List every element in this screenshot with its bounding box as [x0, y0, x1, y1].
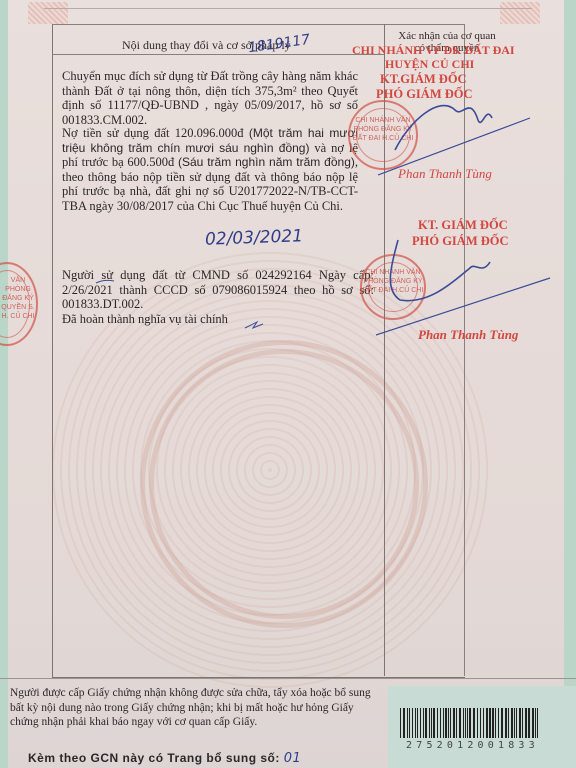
- barcode-number: 2752012001833: [406, 740, 539, 751]
- barcode-bar: [433, 708, 435, 738]
- barcode: [400, 708, 560, 738]
- barcode-bar: [514, 708, 515, 738]
- barcode-bar: [508, 708, 509, 738]
- barcode-bar: [495, 708, 496, 738]
- barcode-bar: [400, 708, 401, 738]
- barcode-bar: [477, 708, 478, 738]
- barcode-bar: [407, 708, 408, 738]
- page-bottom-edge: [0, 678, 576, 679]
- barcode-bar: [443, 708, 444, 738]
- footer-notice: Người được cấp Giấy chứng nhận không đượ…: [10, 686, 385, 730]
- supplement-label: Kèm theo GCN này có Trang bổ sung số:: [28, 751, 280, 765]
- barcode-bar: [501, 708, 503, 738]
- barcode-bar: [445, 708, 447, 738]
- barcode-bar: [429, 708, 430, 738]
- barcode-bar: [511, 708, 513, 738]
- barcode-bar: [522, 708, 523, 738]
- barcode-bar: [409, 708, 410, 738]
- barcode-bar: [480, 708, 481, 738]
- barcode-area: 2752012001833: [388, 686, 576, 768]
- barcode-bar: [489, 708, 491, 738]
- barcode-bar: [448, 708, 449, 738]
- barcode-bar: [415, 708, 416, 738]
- barcode-bar: [431, 708, 432, 738]
- barcode-bar: [473, 708, 475, 738]
- barcode-bar: [403, 708, 405, 738]
- barcode-bar: [532, 708, 534, 738]
- barcode-bar: [516, 708, 517, 738]
- barcode-bar: [417, 708, 418, 738]
- barcode-bar: [492, 708, 494, 738]
- barcode-bar: [437, 708, 438, 738]
- barcode-bar: [525, 708, 527, 738]
- barcode-bar: [486, 708, 488, 738]
- barcode-bar: [465, 708, 466, 738]
- barcode-bar: [459, 708, 461, 738]
- signature-strokes: [0, 0, 576, 768]
- barcode-bar: [420, 708, 421, 738]
- barcode-bar: [483, 708, 484, 738]
- supplement-number: 01: [284, 751, 302, 766]
- barcode-bar: [463, 708, 464, 738]
- barcode-bar: [498, 708, 499, 738]
- barcode-bar: [535, 708, 536, 738]
- barcode-bar: [412, 708, 413, 738]
- barcode-bar: [440, 708, 441, 738]
- barcode-bar: [537, 708, 538, 738]
- barcode-bar: [528, 708, 530, 738]
- barcode-bar: [519, 708, 521, 738]
- barcode-bar: [469, 708, 471, 738]
- barcode-bar: [450, 708, 451, 738]
- barcode-bar: [453, 708, 455, 738]
- barcode-bar: [505, 708, 507, 738]
- barcode-bar: [456, 708, 457, 738]
- barcode-bar: [425, 708, 427, 738]
- supplement-line: Kèm theo GCN này có Trang bổ sung số: 01: [28, 751, 301, 766]
- barcode-bar: [423, 708, 424, 738]
- barcode-bar: [467, 708, 468, 738]
